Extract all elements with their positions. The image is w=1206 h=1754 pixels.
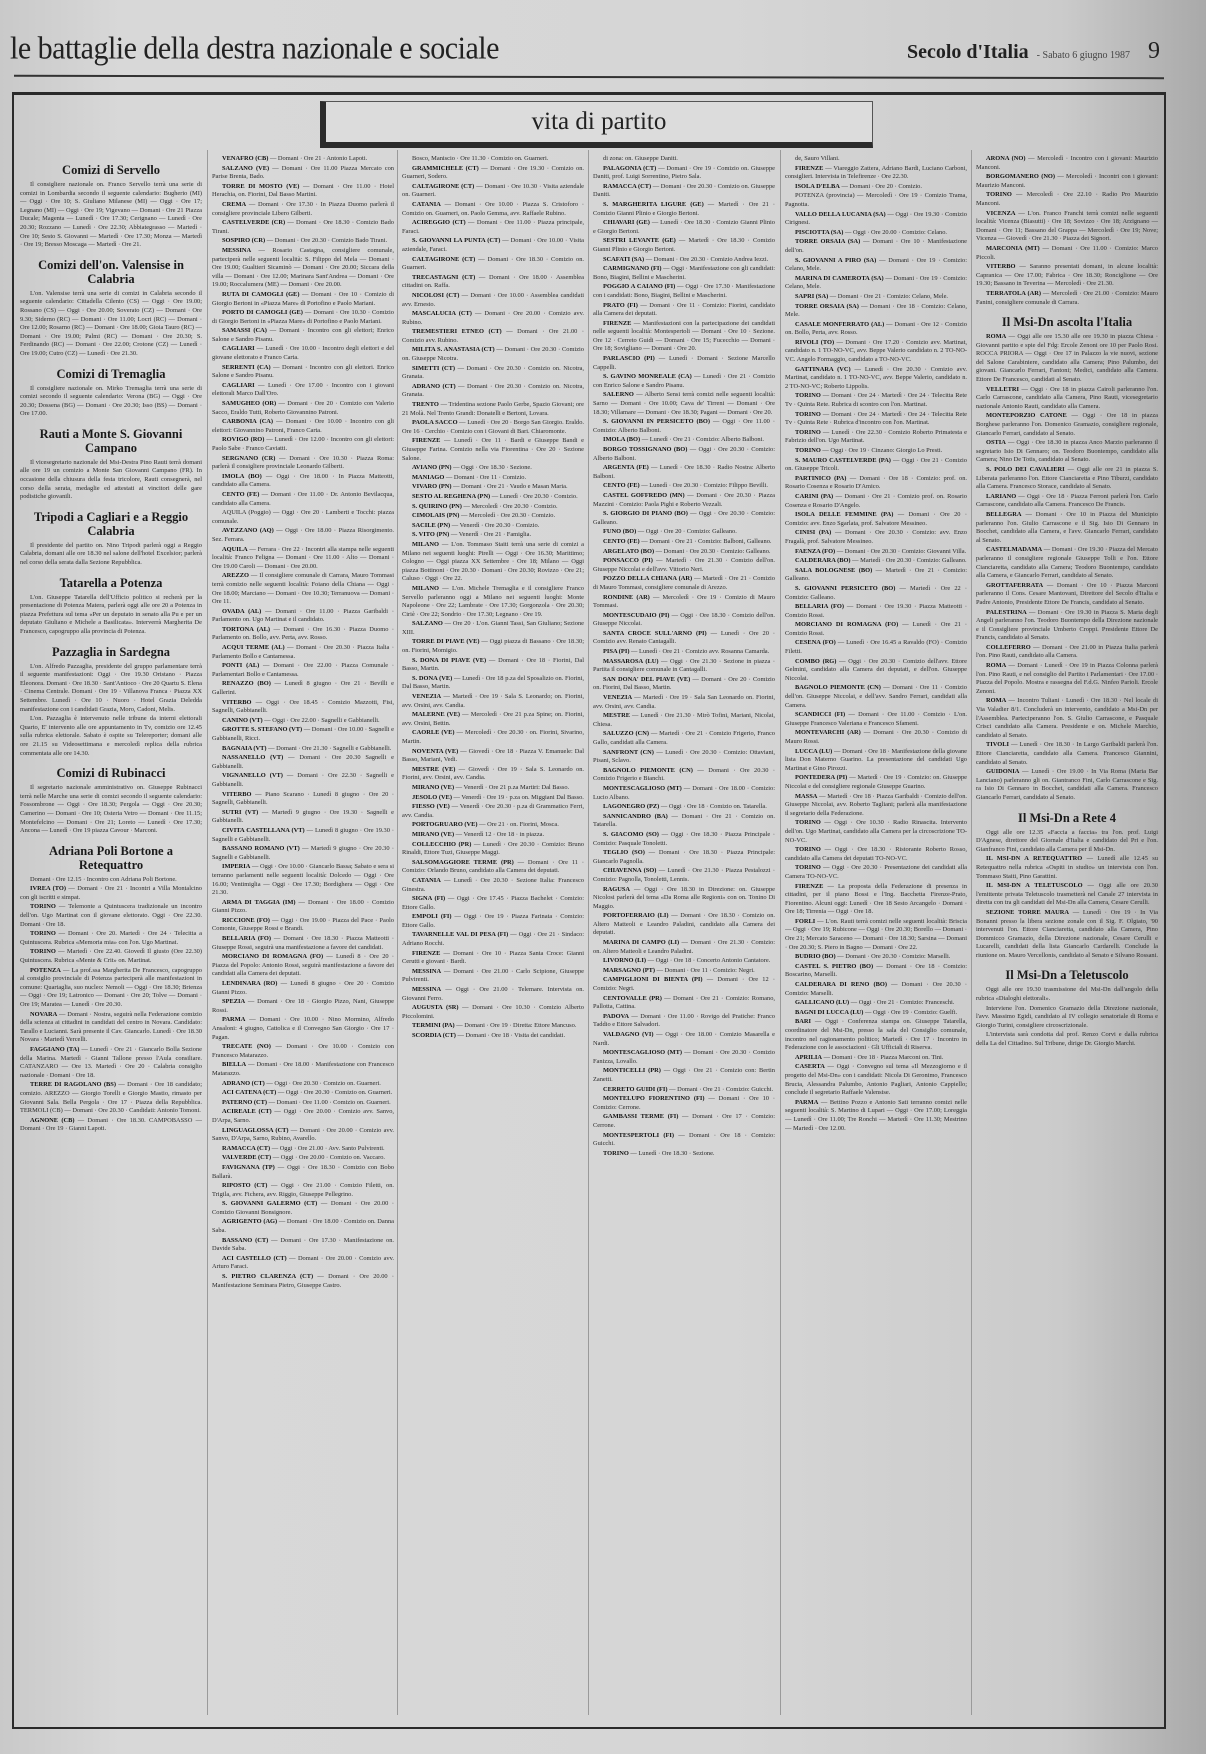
article-paragraph: CENTOVALLE (PR) — Domani · Ore 21 · Comi… xyxy=(593,995,775,1012)
article-paragraph: CASTELVERDE (CR) — Domani · Ore 18.30 · … xyxy=(212,219,394,236)
article-paragraph: FIESSO (VE) — Venerdì · Ore 20.30 · p.za… xyxy=(402,803,584,820)
article-paragraph: CALTAGIRONE (CT) — Domani · Ore 10.30 · … xyxy=(402,183,584,200)
article-paragraph: TORINO — Lunedì · Ore 22.30 · Comizio Ro… xyxy=(785,429,967,446)
article-paragraph: MESSINA — Domani · Ore 21.00 · Carlo Sci… xyxy=(402,968,584,985)
article-heading: Comizi di Servello xyxy=(20,163,202,177)
article-paragraph: POZZO DELLA CHIANA (AR) — Martedì · Ore … xyxy=(593,575,775,592)
article-paragraph: AVIANO (PN) — Oggi · Ore 18.30 · Sezione… xyxy=(402,464,584,473)
issue-date: - Sabato 6 giugno 1987 xyxy=(1037,50,1130,61)
article-paragraph: S. GIACOMO (SO) — Oggi · Ore 18.30 · Pia… xyxy=(593,831,775,848)
article-paragraph: SALZANO — Ore 20 · L'on. Gianni Tassi, S… xyxy=(402,620,584,637)
article-paragraph: LUCCA (LU) — Domani · Ore 18 · Manifesta… xyxy=(785,748,967,774)
article-paragraph: VIVARO (PN) — Domani · Ore 21 · Vaudo e … xyxy=(402,483,584,492)
article-paragraph: NASSANELLO (VT) — Domani · Ore 20.30 Sag… xyxy=(212,754,394,771)
header-rule xyxy=(14,75,1164,79)
article-paragraph: PAOLA SACCO — Lunedì · Ore 20 · Borgo Sa… xyxy=(402,419,584,436)
article-paragraph: BORGOMANERO (NO) — Mercoledì · Incontri … xyxy=(976,173,1158,190)
article-paragraph: ADRANO (CT) — Domani · Ore 20.30 · Comiz… xyxy=(402,383,584,400)
article-paragraph: BUDRIO (BO) — Domani · Ore 20.30 · Comiz… xyxy=(785,953,967,962)
column-divider xyxy=(588,150,589,1715)
article-paragraph: PARTINICO (PA) — Domani · Ore 18 · Comiz… xyxy=(785,475,967,492)
article-paragraph: VENEZIA — Martedì · Ore 19 · Sala San Le… xyxy=(593,694,775,711)
section-title: le battaglie della destra nazionale e so… xyxy=(10,31,499,67)
article-paragraph: RICCIONE (FO) — Oggi · Ore 19.00 · Piazz… xyxy=(212,917,394,934)
article-paragraph: NICOLOSI (CT) — Domani · Ore 10.00 · Ass… xyxy=(402,292,584,309)
article-paragraph: RAGUSA — Oggi · Ore 18.30 in Direzione: … xyxy=(593,886,775,912)
article-paragraph: TORRE ORSAIA (SA) — Domani · Ore 18 · Co… xyxy=(785,303,967,320)
article-paragraph: SERRENTI (CA) — Domani · Incontro con gl… xyxy=(212,364,394,381)
article-paragraph: AGNONE (CB) — Domani · Ore 18.30. CAMPOB… xyxy=(20,1117,202,1134)
column-6: ARONA (NO) — Mercoledì · Incontro con i … xyxy=(976,155,1158,1715)
article-paragraph: TERRE DI RAGOLANO (BS) — Domani · Ore 18… xyxy=(20,1081,202,1115)
article-paragraph: SCANDICCI (FI) — Domani · Ore 11.00 · Co… xyxy=(785,711,967,728)
article-paragraph: MIRANO (VE) — Venerdì · Ore 21 p.za Mart… xyxy=(402,784,584,793)
article-paragraph: TORRE DI PIAVE (VE) — Oggi piazza di Bas… xyxy=(402,638,584,655)
article-paragraph: TRECASTAGNI (CT) — Domani · Ore 18.00 · … xyxy=(402,274,584,291)
article-paragraph: RAMACCA (CT) — Domani · Ore 20.30 · Comi… xyxy=(593,183,775,200)
article-paragraph: ROVIGO (RO) — Lunedì · Ore 12.00 · Incon… xyxy=(212,436,394,453)
article-paragraph: S. GIOVANNI LA PUNTA (CT) — Domani · Ore… xyxy=(402,237,584,254)
article-paragraph: IMOLA (BO) — Oggi · Ore 18.00 · In Piazz… xyxy=(212,473,394,490)
article-paragraph: S. GAVINO MONREALE (CA) — Lunedì · Ore 2… xyxy=(593,373,775,390)
article-paragraph: PARMA — Bettino Pozzo e Antonio Sati ter… xyxy=(785,1099,967,1133)
article-paragraph: BORGO TOSSIGNANO (BO) — Oggi · Ore 20.30… xyxy=(593,446,775,463)
article-paragraph: RAMACCA (CT) — Oggi · Ore 21.00 · Avv. S… xyxy=(212,1145,394,1154)
article-paragraph: ARGELATO (BO) — Domani · Ore 20.30 · Com… xyxy=(593,548,775,557)
article-heading: Il Msi-Dn a Teletuscolo xyxy=(976,968,1158,982)
article-paragraph: SUTRI (VT) — Martedì 9 giugno · Ore 19.3… xyxy=(212,809,394,826)
column-4: di zona: on. Giuseppe Daniti.PALAGONIA (… xyxy=(593,155,775,1715)
article-paragraph: SERGNANO (CR) — Domani · Ore 10.30 · Pia… xyxy=(212,455,394,472)
article-paragraph: SANTA CROCE SULL'ARNO (PI) — Lunedì · Or… xyxy=(593,630,775,647)
article-paragraph: MONTELUPO FIORENTINO (FI) — Domani · Ore… xyxy=(593,1095,775,1112)
article-paragraph: CREMA — Domani · Ore 17.30 · In Piazza D… xyxy=(212,201,394,218)
article-paragraph: di zona: on. Giuseppe Daniti. xyxy=(593,155,775,164)
article-paragraph: Domani · Ore 12.15 · Incontro con Adrian… xyxy=(20,876,202,885)
article-paragraph: CESENA (FO) — Lunedì · Ore 16.45 a Raval… xyxy=(785,639,967,656)
article-paragraph: GROTTAFERRATA — Domani · Ore 10 · Piazza… xyxy=(976,582,1158,608)
article-paragraph: SIMETTI (CT) — Domani · Ore 20.30 · Comi… xyxy=(402,365,584,382)
article-paragraph: CALDERARA (BO) — Martedì · Ore 20.30 · C… xyxy=(785,557,967,566)
article-paragraph: ISOLA D'ELBA — Domani · Ore 20 · Comizio… xyxy=(785,183,967,192)
article-paragraph: PORTOGRUARO (VE) — Ore 21 · on. Fiorini,… xyxy=(402,821,584,830)
article-paragraph: COMBO (RG) — Oggi · Ore 20.30 · Comizio … xyxy=(785,658,967,684)
article-paragraph: SALA BOLOGNESE (BO) — Martedì · Ore 21 ·… xyxy=(785,567,967,584)
article-paragraph: MASCALUCIA (CT) — Domani · Ore 20.00 · C… xyxy=(402,310,584,327)
article-paragraph: TAVARNELLE VAL DI PESA (FI) — Oggi · Ore… xyxy=(402,931,584,948)
newspaper-page: le battaglie della destra nazionale e so… xyxy=(0,0,1206,1754)
article-paragraph: CENTO (FE) — Domani · Ore 21 · Comizio: … xyxy=(593,538,775,547)
article-paragraph: SIGNA (FI) — Oggi · Ore 17.45 · Piazza B… xyxy=(402,895,584,912)
article-paragraph: TRENTO — Tridentina sezione Paolo Gerbe,… xyxy=(402,401,584,418)
column-5: de, Sauro Villani.FIRENZE — Viareggio Za… xyxy=(785,155,967,1715)
article-paragraph: PONTI (AL) — Domani · Ore 22.00 · Piazza… xyxy=(212,662,394,679)
article-paragraph: S. GIOVANNI GALERMO (CT) — Domani · Ore … xyxy=(212,1200,394,1217)
article-paragraph: GUIDONIA — Lunedì · Ore 19.00 · In Via R… xyxy=(976,768,1158,802)
article-paragraph: RIVOLI (TO) — Domani · Ore 17.20 · Comiz… xyxy=(785,339,967,365)
article-paragraph: VITERBO — Oggi · Ore 18.45 · Comizio Maz… xyxy=(212,699,394,716)
article-paragraph: CIMOLAIS (PN) — Mercoledì · Ore 20.30 · … xyxy=(402,512,584,521)
article-paragraph: VITERBO — Piano Scarano · Lunedì 8 giugn… xyxy=(212,791,394,808)
article-paragraph: RENAZZO (BO) — Lunedì 8 giugno · Ore 21 … xyxy=(212,680,394,697)
article-paragraph: FAGGIANO (TA) — Lunedì · Ore 21 · Gianca… xyxy=(20,1046,202,1080)
article-paragraph: CALDERARA DI RENO (BO) — Domani · Ore 20… xyxy=(785,981,967,998)
article-heading: Rauti a Monte S. Giovanni Campano xyxy=(20,427,202,455)
article-paragraph: MORCIANO DI ROMAGNA (FO) — Lunedì · Ore … xyxy=(785,621,967,638)
article-paragraph: TORTONA (AL) — Domani · Ore 16.30 · Piaz… xyxy=(212,626,394,643)
article-paragraph: SACILE (PN) — Venerdì · Ore 20.30 · Comi… xyxy=(402,522,584,531)
article-paragraph: PORTOFERRAIO (LI) — Domani · Ore 18.30 ·… xyxy=(593,912,775,938)
article-paragraph: ARGENTA (FE) — Lunedì · Ore 18.30 · Radi… xyxy=(593,464,775,481)
article-paragraph: TORINO — Telemonte a Quintuscera tradizi… xyxy=(20,903,202,929)
article-paragraph: MASSA — Martedì · Ore 18 · Piazza Gariba… xyxy=(785,793,967,819)
article-paragraph: TORINO — Lunedì · Ore 18.30 · Sezione. xyxy=(593,1150,775,1159)
article-paragraph: S. GIOVANNI IN PERSICETO (BO) — Oggi · O… xyxy=(593,418,775,435)
article-paragraph: ADRANO (CT) — Oggi · Ore 20.30 · Comizio… xyxy=(212,1080,394,1089)
article-paragraph: L'on. Valensise terrà una serie di comiz… xyxy=(20,290,202,359)
article-paragraph: Bosco, Maniscio · Ore 11.30 · Comizio on… xyxy=(402,155,584,164)
article-paragraph: ACI CASTELLO (CT) — Domani · Ore 20.00 ·… xyxy=(212,1255,394,1272)
article-paragraph: Il consigliere nazionale on. Mirko Trema… xyxy=(20,385,202,419)
article-paragraph: PATERNO (CT) — Domani · Ore 11.00 · Comi… xyxy=(212,1099,394,1108)
article-paragraph: FAVIGNANA (TP) — Oggi · Ore 18.30 · Comi… xyxy=(212,1164,394,1181)
article-paragraph: VIGNANELLO (VT) — Domani · Ore 22.30 · S… xyxy=(212,772,394,789)
article-paragraph: GROTTE S. STEFANO (VT) — Domani · Ore 10… xyxy=(212,726,394,743)
column-divider xyxy=(207,150,208,1715)
article-paragraph: SESTRI LEVANTE (GE) — Martedì · Ore 18.3… xyxy=(593,237,775,254)
article-paragraph: ACQUI TERME (AL) — Domani · Ore 20.30 · … xyxy=(212,644,394,661)
article-paragraph: LARIANO — Oggi · Ore 18 · Piazza Ferroni… xyxy=(976,493,1158,510)
article-paragraph: PISA (PI) — Lunedì · Ore 21 · Comizio av… xyxy=(593,648,775,657)
article-paragraph: VALLO DELLA LUCANIA (SA) — Oggi · Ore 19… xyxy=(785,211,967,228)
article-paragraph: S. DONA DI PIAVE (VE) — Domani · Ore 18 … xyxy=(402,657,584,674)
article-paragraph: VALDAGNO (VI) — Oggi · Ore 18.00 · Comiz… xyxy=(593,1031,775,1048)
article-paragraph: GALLICANO (LU) — Oggi · Ore 21 · Comizio… xyxy=(785,999,967,1008)
article-paragraph: AGRIGENTO (AG) — Domani · Ore 18.00 · Co… xyxy=(212,1218,394,1235)
paper-name: Secolo d'Italia xyxy=(907,41,1029,64)
article-paragraph: BIELLA — Domani · Ore 18.00 · Manifestaz… xyxy=(212,1061,394,1078)
article-paragraph: S. QUIRINO (PN) — Mercoledì · Ore 20.30 … xyxy=(402,503,584,512)
article-paragraph: MANIAGO — Domani · Ore 11 · Comizio. xyxy=(402,474,584,483)
article-paragraph: FORLI — L'on. Rauti terrà comizi nelle s… xyxy=(785,918,967,952)
article-paragraph: PADOVA — Domani · Ore 11.00 · Rovigo del… xyxy=(593,1013,775,1030)
article-paragraph: PARMA — Domani · Ore 10.00 · Nino Mormin… xyxy=(212,1016,394,1042)
article-paragraph: MIRANO (VE) — Venerdì 12 · Ore 18 · in p… xyxy=(402,831,584,840)
article-paragraph: S. GIOVANNI A PIRO (SA) — Domani · Ore 1… xyxy=(785,257,967,274)
article-paragraph: VELLETRI — Oggi · Ore 18 in piazza Cairo… xyxy=(976,386,1158,412)
article-paragraph: SANNICANDRO (BA) — Domani · Ore 21 · Com… xyxy=(593,813,775,830)
article-paragraph: S. DONA (VE) — Lunedì · Ore 18 p.za del … xyxy=(402,675,584,692)
article-paragraph: S. PIETRO CLARENZA (CT) — Domani · Ore 2… xyxy=(212,1273,394,1290)
article-paragraph: S. MAURO CASTELVERDE (PA) — Oggi · Ore 2… xyxy=(785,457,967,474)
article-paragraph: SOSPIRO (CR) — Domani · Ore 20.30 · Comi… xyxy=(212,237,394,246)
article-paragraph: MONTESCUDAIO (PI) — Oggi · Ore 18.30 · C… xyxy=(593,612,775,629)
article-paragraph: S. GIORGIO DI PIANO (BO) — Oggi · Ore 20… xyxy=(593,510,775,527)
article-paragraph: L'intervista sarà condotta dal prof. Ren… xyxy=(976,1031,1158,1048)
article-paragraph: ARONA (NO) — Mercoledì · Incontro con i … xyxy=(976,155,1158,172)
article-paragraph: SANFRONT (CN) — Lunedì · Ore 20.30 · Com… xyxy=(593,749,775,766)
article-paragraph: TORINO — Domani · Ore 20. Martedì · Ore … xyxy=(20,930,202,947)
article-paragraph: Interviene l'on. Domenico Gramazio della… xyxy=(976,1005,1158,1031)
banner-title: vita di partito xyxy=(532,108,667,135)
article-paragraph: ARMA DI TAGGIA (IM) — Domani · Ore 18.00… xyxy=(212,899,394,916)
article-paragraph: CENTO (FE) — Domani · Ore 11.00 · Dr. An… xyxy=(212,491,394,508)
article-paragraph: POGGIO A CAIANO (FI) — Oggi · Ore 17.30 … xyxy=(593,283,775,300)
article-paragraph: ACI CATENA (CT) — Oggi · Ore 20.30 · Com… xyxy=(212,1089,394,1098)
article-paragraph: PONTEDERA (PI) — Martedì · Ore 19 · Comi… xyxy=(785,774,967,791)
article-paragraph: TIVOLI — Lunedì · Ore 18.30 · In Largo G… xyxy=(976,741,1158,767)
article-paragraph: MESSINA — Oggi · Ore 21.00 · Telemare. I… xyxy=(402,986,584,1003)
article-paragraph: TEGLIO (SO) — Domani · Ore 18.30 · Piazz… xyxy=(593,849,775,866)
column-divider xyxy=(971,150,972,1715)
article-paragraph: SALZANO (VE) — Domani · Ore 11.00 Piazza… xyxy=(212,165,394,182)
article-paragraph: CAGLIARI — Lunedì · Ore 17.00 · Incontro… xyxy=(212,382,394,399)
article-paragraph: S. GIOVANNI PERSICETO (BO) — Martedì · O… xyxy=(785,585,967,602)
article-paragraph: TORINO — Mercoledì · Ore 22.10 · Radio P… xyxy=(976,191,1158,208)
article-paragraph: IMOLA (BO) — Lunedì · Ore 21 · Comizio: … xyxy=(593,436,775,445)
article-paragraph: CINISI (PA) — Domani · Ore 20.30 · Comiz… xyxy=(785,529,967,546)
article-paragraph: MALERNE (VE) — Mercoledì · Ore 21 p.za S… xyxy=(402,711,584,728)
article-paragraph: TORINO — Oggi · Ore 19 · Cinzano: Giorgi… xyxy=(785,447,967,456)
article-paragraph: CATANIA — Lunedì · Ore 20.30 · Sezione I… xyxy=(402,877,584,894)
article-paragraph: CIVITA CASTELLANA (VT) — Lunedì 8 giugno… xyxy=(212,827,394,844)
article-heading: Adriana Poli Bortone a Retequattro xyxy=(20,844,202,872)
article-paragraph: TORINO — Oggi · Ore 10.30 · Radio Rinasc… xyxy=(785,819,967,845)
article-paragraph: MONTEVARCHI (AR) — Domani · Ore 20.30 · … xyxy=(785,729,967,746)
article-paragraph: TORRE DI MOSTO (VE) — Domani · Ore 11.00… xyxy=(212,183,394,200)
article-heading: Il Msi-Dn ascolta l'Italia xyxy=(976,315,1158,329)
article-paragraph: S. POLO DEI CAVALIERI — Oggi alle ore 21… xyxy=(976,466,1158,492)
article-paragraph: PORTO DI CAMOGLI (GE) — Domani · Ore 10.… xyxy=(212,309,394,326)
article-paragraph: Oggi alle ore 12.35 «Faccia a faccia» tr… xyxy=(976,829,1158,855)
article-paragraph: FIRENZE — Lunedì · Ore 11 · Bardi e Gius… xyxy=(402,437,584,463)
article-paragraph: PRATO (FI) — Domani · Ore 11 · Comizio: … xyxy=(593,302,775,319)
article-paragraph: MARSAGNO (PT) — Domani · Ore 11 · Comizi… xyxy=(593,967,775,976)
article-paragraph: CAMPIGLIONI DI BIENTA (PI) — Domani · Or… xyxy=(593,976,775,993)
article-paragraph: MONTESCAGLIOSO (MT) — Domani · Ore 18.00… xyxy=(593,785,775,802)
article-paragraph: CALTAGIRONE (CT) — Domani · Ore 18.30 · … xyxy=(402,256,584,273)
article-paragraph: MONTICELLI (PR) — Oggi · Ore 21 · Comizi… xyxy=(593,1067,775,1084)
article-paragraph: SAMASSI (CA) — Domani · Incontro con gli… xyxy=(212,327,394,344)
article-paragraph: TREMESTIERI ETNEO (CT) — Domani · Ore 21… xyxy=(402,328,584,345)
article-paragraph: Il consigliere nazionale on. Franco Serv… xyxy=(20,181,202,250)
article-paragraph: IL MSI-DN A RETEQUATTRO — Lunedì alle 12… xyxy=(976,855,1158,881)
article-paragraph: CASTELMADAMA — Domani · Ore 19.30 · Piaz… xyxy=(976,546,1158,580)
article-paragraph: CASTEL S. PIETRO (BO) — Domani · Ore 18 … xyxy=(785,963,967,980)
article-heading: Il Msi-Dn a Rete 4 xyxy=(976,811,1158,825)
article-paragraph: OSTIA — Oggi · Ore 18.30 in piazza Anco … xyxy=(976,439,1158,465)
article-paragraph: MESTRE (VE) — Giovedì · Ore 19 · Sala S.… xyxy=(402,766,584,783)
article-paragraph: CASERTA — Oggi · Convegno sul tema «Il M… xyxy=(785,1063,967,1097)
article-paragraph: MARCONIA (MT) — Domani · Ore 11.00 · Com… xyxy=(976,245,1158,262)
article-paragraph: PARLASCIO (PI) — Lunedì · Domani · Sezio… xyxy=(593,355,775,372)
article-paragraph: LENDINARA (RO) — Lunedì 8 giugno · Ore 2… xyxy=(212,980,394,997)
article-paragraph: MORCIANO DI ROMAGNA (FO) — Lunedì 8 · Or… xyxy=(212,953,394,979)
article-paragraph: COLLECCHIO (PR) — Lunedì · Ore 20.30 · C… xyxy=(402,841,584,858)
article-paragraph: L'on. Pazzaglia è intervenuto nelle trib… xyxy=(20,715,202,758)
article-paragraph: AVEZZANO (AQ) — Oggi · Ore 18.00 · Piazz… xyxy=(212,527,394,544)
article-paragraph: BAGNOLO PIEMONTE (CN) — Domani · Ore 20.… xyxy=(593,767,775,784)
article-paragraph: TORINO — Domani · Ore 24 · Martedì · Ore… xyxy=(785,411,967,428)
article-paragraph: CASALE MONFERRATO (AL) — Domani · Ore 12… xyxy=(785,321,967,338)
article-heading: Tatarella a Potenza xyxy=(20,576,202,590)
article-paragraph: FAENZA (FO) — Domani · Ore 20.30 · Comiz… xyxy=(785,548,967,557)
article-paragraph: BELLARIA (FO) — Domani · Ore 18.30 · Pia… xyxy=(212,935,394,952)
article-paragraph: FIRENZE — Manifestazioni con la partecip… xyxy=(593,320,775,354)
article-paragraph: GRAMMICHELE (CT) — Domani · Ore 19.30 · … xyxy=(402,165,584,182)
article-paragraph: NOVENTA (VE) — Giovedì · Ore 18 · Piazza… xyxy=(402,748,584,765)
article-paragraph: de, Sauro Villani. xyxy=(785,155,967,164)
article-paragraph: SALERNO — Alberto Sensi terrà comizi nel… xyxy=(593,391,775,417)
article-paragraph: SCORDIA (CT) — Domani · Ore 18 · Visita … xyxy=(402,1032,584,1041)
article-paragraph: CARINI (PA) — Domani · Ore 21 · Comizio … xyxy=(785,493,967,510)
article-paragraph: MARINA DI CAMPO (LI) — Domani · Ore 21.3… xyxy=(593,939,775,956)
article-paragraph: CANINO (VT) — Oggi · Ore 22.00 · Sagnell… xyxy=(212,717,394,726)
article-paragraph: L'on. Giuseppe Tatarella dell'Ufficio po… xyxy=(20,594,202,637)
article-paragraph: GAMBASSI TERME (FI) — Domani · Ore 17 · … xyxy=(593,1113,775,1130)
article-paragraph: ISOLA DELLE FEMMINE (PA) — Domani · Ore … xyxy=(785,511,967,528)
article-paragraph: IMPERIA — Oggi · Ore 10.00 · Giancarlo B… xyxy=(212,863,394,897)
article-paragraph: CARMIGNANO (FI) — Oggi · Manifestazione … xyxy=(593,265,775,282)
article-paragraph: LINGUAGLOSSA (CT) — Domani · Ore 20.00 ·… xyxy=(212,1127,394,1144)
article-paragraph: JESOLO (VE) — Venerdì · Ore 19 · p.za on… xyxy=(402,794,584,803)
article-paragraph: MILITA S. ANASTASIA (CT) — Domani · Ore … xyxy=(402,346,584,363)
article-paragraph: TERRATOLA (AR) — Mercoledì · Ore 21.00 ·… xyxy=(976,290,1158,307)
article-paragraph: CAGLIARI — Lunedì · Ore 10.00 · Incontro… xyxy=(212,345,394,362)
masthead-right: Secolo d'Italia - Sabato 6 giugno 1987 9 xyxy=(907,38,1160,65)
article-paragraph: NOVARA — Domani · Nostra, seguirà nella … xyxy=(20,1011,202,1045)
article-heading: Comizi di Rubinacci xyxy=(20,766,202,780)
article-paragraph: FIRENZE — Viareggio Zattera, Adriano Bar… xyxy=(785,165,967,182)
article-paragraph: AQUILA (Poggio) — Oggi · Ore 20 · Lamber… xyxy=(212,509,394,526)
article-paragraph: AREZZO — Il consigliere comunale di Carr… xyxy=(212,572,394,606)
article-paragraph: Oggi alle ore 19.30 trasmissione del Msi… xyxy=(976,986,1158,1003)
column-divider xyxy=(780,150,781,1715)
article-paragraph: PALAGONIA (CT) — Domani · Ore 19 · Comiz… xyxy=(593,165,775,182)
article-paragraph: PALESTRINA — Domani · Ore 19.30 in Piazz… xyxy=(976,609,1158,643)
article-paragraph: SAN DONA' DEL PIAVE (VE) — Domani · Ore … xyxy=(593,676,775,693)
article-paragraph: VICENZA — L'on. Franco Franchi terrà com… xyxy=(976,210,1158,244)
article-paragraph: SESTO AL REGHENA (PN) — Lunedì · Ore 20.… xyxy=(402,493,584,502)
article-paragraph: Il vicesegretario nazionale del Msi-Dest… xyxy=(20,459,202,502)
article-paragraph: RONDINE (AR) — Mercoledì · Ore 19 · Comi… xyxy=(593,594,775,611)
article-paragraph: LIVORNO (LI) — Oggi · Ore 18 · Concerto … xyxy=(593,957,775,966)
article-paragraph: PONSACCO (PI) — Martedì · Ore 21.30 · Co… xyxy=(593,557,775,574)
article-paragraph: FIRENZE — La proposta della Federazione … xyxy=(785,883,967,917)
article-paragraph: BASSANO ROMANO (VT) — Martedì 9 giugno ·… xyxy=(212,845,394,862)
article-paragraph: CARBONIA (CA) — Domani · Ore 10.00 · Inc… xyxy=(212,418,394,435)
article-paragraph: MILANO — L'on. Michele Tremaglia e il co… xyxy=(402,585,584,619)
article-paragraph: S. MARGHERITA LIGURE (GE) — Martedì · Or… xyxy=(593,201,775,218)
article-paragraph: SAPRI (SA) — Domani · Ore 21 · Comizio: … xyxy=(785,293,967,302)
article-paragraph: GATTINARA (VC) — Lunedì · Ore 20.30 · Co… xyxy=(785,366,967,392)
article-paragraph: BELLARIA (FO) — Domani · Ore 19.30 · Pia… xyxy=(785,603,967,620)
article-paragraph: BELLEGRA — Domani · Ore 10 in Piazza del… xyxy=(976,511,1158,545)
article-paragraph: VENAFRO (CB) — Domani · Ore 21 · Antonio… xyxy=(212,155,394,164)
article-paragraph: BAGNAIA (VT) — Domani · Ore 21.30 · Sagn… xyxy=(212,745,394,754)
article-paragraph: CAORLE (VE) — Mercoledì · Ore 20.30 · on… xyxy=(402,729,584,746)
article-paragraph: IVREA (TO) — Domani · Ore 21 · Incontri … xyxy=(20,885,202,902)
article-heading: Tripodi a Cagliari e a Reggio Calabria xyxy=(20,510,202,538)
article-paragraph: CHIAVENNA (SO) — Lunedì · Ore 21.30 · Pi… xyxy=(593,867,775,884)
article-paragraph: RUTA DI CAMOGLI (GE) — Domani · Ore 10 ·… xyxy=(212,291,394,308)
page-number: 9 xyxy=(1148,38,1160,65)
article-paragraph: CENTO (FE) — Lunedì · Ore 20.30 · Comizi… xyxy=(593,482,775,491)
article-paragraph: SAMUGHEO (OR) — Domani · Ore 20 · Comizi… xyxy=(212,400,394,417)
article-paragraph: TERMINI (PA) — Domani · Ore 19 · Diretta… xyxy=(402,1022,584,1031)
article-paragraph: MARINA DI CAMEROTA (SA) — Domani · Ore 1… xyxy=(785,275,967,292)
article-paragraph: MILANO — L'on. Tommaso Staiti terrà una … xyxy=(402,541,584,584)
article-paragraph: CASTEL GOFFREDO (MN) — Domani · Ore 20.3… xyxy=(593,492,775,509)
article-paragraph: COLLEFERRO — Domani · Ore 21.00 in Piazz… xyxy=(976,644,1158,661)
article-paragraph: VALVERDE (CT) — Oggi · Ore 20.00 · Comiz… xyxy=(212,1154,394,1163)
article-heading: Pazzaglia in Sardegna xyxy=(20,645,202,659)
article-paragraph: SALUZZO (CN) — Martedì · Ore 21 · Comizi… xyxy=(593,730,775,747)
article-paragraph: TORINO — Oggi · Ore 20.30 · Presentazion… xyxy=(785,864,967,881)
article-heading: Comizi di Tremaglia xyxy=(20,367,202,381)
article-paragraph: SCAFATI (SA) — Domani · Ore 20.30 · Comi… xyxy=(593,256,775,265)
article-paragraph: TORINO — Oggi · Ore 18.30 · Ristorante R… xyxy=(785,846,967,863)
article-paragraph: LAGONEGRO (PZ) — Oggi · Ore 18 · Comizio… xyxy=(593,803,775,812)
article-paragraph: ROMA — Domani · Lunedì · Ore 19 in Piazz… xyxy=(976,662,1158,696)
article-paragraph: SALSOMAGGIORE TERME (PR) — Domani · Ore … xyxy=(402,859,584,876)
article-paragraph: BASSANO (CT) — Domani · Ore 17.30 · Mani… xyxy=(212,1237,394,1254)
article-paragraph: VITERBO — Saranno presentati domani, in … xyxy=(976,263,1158,289)
article-paragraph: Il segretario nazionale amministrativo o… xyxy=(20,784,202,836)
article-paragraph: MASSAROSA (LU) — Oggi · Ore 21.30 · Sezi… xyxy=(593,658,775,675)
article-paragraph: OVADA (AL) — Domani · Ore 11.00 · Piazza… xyxy=(212,608,394,625)
article-paragraph: ROMA — Incontro Tuliani · Lunedì · Ore 1… xyxy=(976,697,1158,740)
article-paragraph: PISCIOTTA (SA) — Oggi · Ore 20.00 · Comi… xyxy=(785,229,967,238)
article-paragraph: APRILIA — Domani · Ore 18 · Piazza Marco… xyxy=(785,1054,967,1063)
article-paragraph: MESSINA — Rosario Castagna, consigliere … xyxy=(212,247,394,290)
article-paragraph: S. VITO (PN) — Venerdì · Ore 21 · Famigl… xyxy=(402,531,584,540)
article-paragraph: POTENZA — La prof.ssa Margherita De Fran… xyxy=(20,967,202,1010)
article-heading: Comizi dell'on. Valensise in Calabria xyxy=(20,258,202,286)
article-paragraph: POTENZA (provincia) — Mercoledì · Ore 19… xyxy=(785,192,967,209)
article-paragraph: TRECATE (NO) — Domani · Ore 10.00 · Comi… xyxy=(212,1043,394,1060)
article-paragraph: TORRE ORSAIA (SA) — Domani · Ore 10 · Ma… xyxy=(785,238,967,255)
article-paragraph: IL MSI-DN A TELETUSCOLO — Oggi alle ore … xyxy=(976,882,1158,908)
article-paragraph: SEZIONE TORRE MAURA — Lunedì · Ore 19 · … xyxy=(976,909,1158,961)
article-paragraph: RIPOSTO (CT) — Oggi · Ore 21.00 · Comizi… xyxy=(212,1182,394,1199)
article-paragraph: MONTESCAGLIOSO (MT) — Domani · Ore 20.30… xyxy=(593,1049,775,1066)
article-paragraph: FIRENZE — Domani · Ore 10 · Piazza Santa… xyxy=(402,950,584,967)
article-paragraph: MESTRE — Lunedì · Ore 21.30 · Mirò Tofin… xyxy=(593,712,775,729)
article-paragraph: ACIREALE (CT) — Oggi · Ore 20.00 · Comiz… xyxy=(212,1108,394,1125)
article-paragraph: BAGNI DI LUCCA (LU) — Oggi · Ore 19 · Co… xyxy=(785,1009,967,1018)
article-paragraph: Il presidente del partito on. Nino Tripo… xyxy=(20,542,202,568)
article-paragraph: MONTEPORZIO CATONE — Oggi · Ore 18 in pi… xyxy=(976,412,1158,438)
article-paragraph: BAGNOLO PIEMONTE (CN) — Domani · Ore 11 … xyxy=(785,684,967,710)
article-paragraph: SPEZIA — Domani · Ore 18 · Giorgio Pizzo… xyxy=(212,998,394,1015)
column-2: VENAFRO (CB) — Domani · Ore 21 · Antonio… xyxy=(212,155,394,1715)
article-paragraph: TORINO — Martedì · Ore 22.40. Giovedì Il… xyxy=(20,948,202,965)
column-divider xyxy=(397,150,398,1715)
article-paragraph: AQUILA — Ferrara · Ore 22 · Incontri all… xyxy=(212,546,394,572)
article-paragraph: CERRETO GUIDI (FI) — Domani · Ore 21 · C… xyxy=(593,1086,775,1095)
article-paragraph: VENEZIA — Martedì · Ore 19 · Sala S. Leo… xyxy=(402,693,584,710)
article-paragraph: ROMA — Oggi alle ore 15.30 alle ore 19.3… xyxy=(976,333,1158,385)
article-paragraph: AUGUSTA (SR) — Domani · Ore 10.30 · Comi… xyxy=(402,1004,584,1021)
article-paragraph: TORINO — Domani · Ore 24 · Martedì · Ore… xyxy=(785,392,967,409)
article-paragraph: MONTESPERTOLI (FI) — Domani · Ore 18 · C… xyxy=(593,1132,775,1149)
article-paragraph: FUNO (BO) — Oggi · Ore 20 · Comizio: Gal… xyxy=(593,528,775,537)
article-paragraph: ACIREGGIO (CT) — Domani · Ore 11.00 · Pi… xyxy=(402,219,584,236)
article-paragraph: BARI — Oggi · Conferenza stampa on. Gius… xyxy=(785,1018,967,1052)
article-paragraph: CHIAVARI (GE) — Lunedì · Ore 18.30 · Com… xyxy=(593,219,775,236)
section-banner: vita di partito xyxy=(320,101,873,148)
